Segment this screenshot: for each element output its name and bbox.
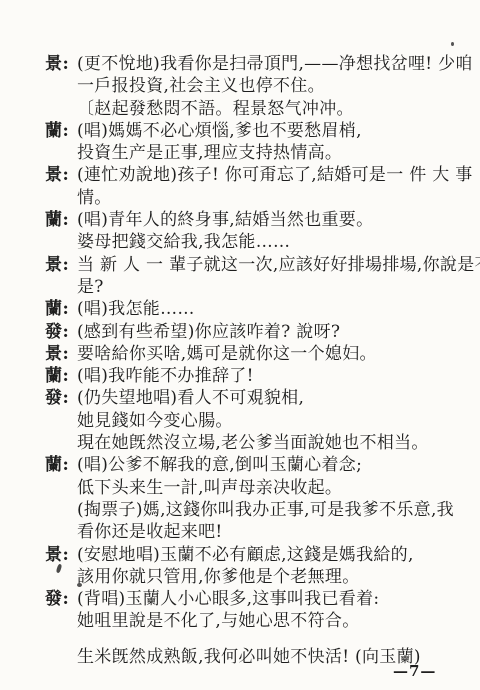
ink-speck: [77, 583, 82, 587]
dialogue-entry: 蘭: (唱)青年人的終身事,結婚当然也重要。婆母把錢交給我,我怎能……: [45, 209, 459, 254]
dialogue-entry: 蘭: (唱)我怎能……: [45, 298, 459, 320]
dialogue-entry: 發: (仍失望地唱)看人不可覌貌相,她見錢如今变心腸。現在她旣然沒立場,老公爹当…: [45, 387, 459, 454]
entry-lines: 要啥給你买啥,媽可是就你这一个媳妇。: [77, 343, 459, 365]
dialogue-line: (安慰地唱)玉蘭不必有顧虑,这錢是媽我給的,: [77, 544, 459, 566]
dialogue-line: 要啥給你买啥,媽可是就你这一个媳妇。: [77, 343, 459, 365]
dialogue-line: (唱)青年人的終身事,結婚当然也重要。: [77, 209, 459, 231]
dialogue-line: (感到有些希望)你应該咋着? 說呀?: [77, 321, 459, 343]
speaker-label: 蘭:: [45, 120, 77, 142]
speaker-label: 發:: [45, 321, 77, 343]
dialogue-entry: 景: 当 新 人 一 輩子就这一次,应該好好排場排場,你說是不是?: [45, 254, 459, 299]
entry-lines: (唱)青年人的終身事,結婚当然也重要。婆母把錢交給我,我怎能……: [77, 209, 459, 254]
dialogue-line: 投資生产是正事,理应支持热情高。: [77, 142, 459, 164]
speaker-label: 景:: [45, 53, 77, 75]
dialogue-entry: 蘭: (唱)公爹不解我的意,倒叫玉蘭心着念;低下头来生一計,叫声母亲决收起。(掏…: [45, 454, 459, 543]
dialogue-line: 低下头来生一計,叫声母亲决收起。: [77, 477, 459, 499]
speaker-label: 蘭:: [45, 298, 77, 320]
entry-lines: (感到有些希望)你应該咋着? 說呀?: [77, 321, 459, 343]
dialogue-entry: 景: (連忙劝說地)孩子! 你可甭忘了,結婚可是一 件 大 事情。: [45, 164, 459, 209]
dialogue-line: (連忙劝說地)孩子! 你可甭忘了,結婚可是一 件 大 事: [77, 164, 459, 186]
script-page: 景: (更不悅地)我看你是扫帚頂門,——净想找岔哩! 少咱一戶报投資,社会主义也…: [0, 0, 480, 690]
ink-speck: [451, 42, 454, 46]
dialogue-line: 看你还是收起来吧!: [77, 521, 459, 543]
speaker-label: 蘭:: [45, 454, 77, 476]
dialogue-entry: 景: (更不悅地)我看你是扫帚頂門,——净想找岔哩! 少咱一戶报投資,社会主义也…: [45, 53, 459, 120]
speaker-label: 景:: [45, 254, 77, 276]
dialogue-entry: 蘭: (唱)媽媽不必心煩惱,爹也不要愁眉梢,投資生产是正事,理应支持热情高。: [45, 120, 459, 165]
entry-lines: (唱)我咋能不办推辞了!: [77, 365, 459, 387]
dialogue-line: 〔赵起發愁悶不語。程景怒气冲冲。: [77, 98, 459, 120]
entry-lines: (唱)公爹不解我的意,倒叫玉蘭心着念;低下头来生一計,叫声母亲决收起。(掏票子)…: [77, 454, 459, 543]
speaker-label: 景:: [45, 544, 77, 566]
dialogue-line: 該用你就只管用,你爹他是个老無理。: [77, 566, 459, 588]
dialogue-entry: 發: (背唱)玉蘭人小心眼多,这事叫我已看着:她咀里說是不化了,与她心思不符合。…: [45, 588, 459, 668]
page-number: —7—: [393, 662, 436, 680]
entry-lines: (背唱)玉蘭人小心眼多,这事叫我已看着:她咀里說是不化了,与她心思不符合。生米旣…: [77, 588, 459, 668]
speaker-label: 景:: [45, 164, 77, 186]
entry-lines: (安慰地唱)玉蘭不必有顧虑,这錢是媽我給的,該用你就只管用,你爹他是个老無理。: [77, 544, 459, 589]
dialogue-line: 是?: [77, 276, 459, 298]
speaker-label: 發:: [45, 588, 77, 610]
speaker-label: 蘭:: [45, 209, 77, 231]
entry-lines: (更不悅地)我看你是扫帚頂門,——净想找岔哩! 少咱一戶报投資,社会主义也停不住…: [77, 53, 459, 120]
dialogue-line: 她咀里說是不化了,与她心思不符合。: [77, 610, 459, 632]
dialogue-line: (仍失望地唱)看人不可覌貌相,: [77, 387, 459, 409]
dialogue-line: 当 新 人 一 輩子就这一次,应該好好排場排場,你說是不: [77, 254, 459, 276]
speaker-label: 景:: [45, 343, 77, 365]
dialogue-line: (掏票子)媽,这錢你叫我办正事,可是我爹不乐意,我: [77, 499, 459, 521]
speaker-label: 蘭:: [45, 365, 77, 387]
speaker-label: 發:: [45, 387, 77, 409]
dialogue-line: (背唱)玉蘭人小心眼多,这事叫我已看着:: [77, 588, 459, 610]
dialogue-line: (更不悅地)我看你是扫帚頂門,——净想找岔哩! 少咱: [77, 53, 459, 75]
dialogue-line: 一戶报投資,社会主义也停不住。: [77, 75, 459, 97]
entry-lines: (連忙劝說地)孩子! 你可甭忘了,結婚可是一 件 大 事情。: [77, 164, 459, 209]
dialogue-line: (唱)媽媽不必心煩惱,爹也不要愁眉梢,: [77, 120, 459, 142]
dialogue-line: 婆母把錢交給我,我怎能……: [77, 231, 459, 253]
dialogue-list: 景: (更不悅地)我看你是扫帚頂門,——净想找岔哩! 少咱一戶报投資,社会主义也…: [45, 53, 459, 668]
entry-lines: (唱)媽媽不必心煩惱,爹也不要愁眉梢,投資生产是正事,理应支持热情高。: [77, 120, 459, 165]
entry-lines: (仍失望地唱)看人不可覌貌相,她見錢如今变心腸。現在她旣然沒立場,老公爹当面說她…: [77, 387, 459, 454]
entry-lines: 当 新 人 一 輩子就这一次,应該好好排場排場,你說是不是?: [77, 254, 459, 299]
dialogue-entry: 蘭: (唱)我咋能不办推辞了!: [45, 365, 459, 387]
dialogue-line: (唱)公爹不解我的意,倒叫玉蘭心着念;: [77, 454, 459, 476]
dialogue-line: 現在她旣然沒立場,老公爹当面說她也不相当。: [77, 432, 459, 454]
dialogue-entry: 景: (安慰地唱)玉蘭不必有顧虑,这錢是媽我給的,該用你就只管用,你爹他是个老無…: [45, 544, 459, 589]
dialogue-line: (唱)我怎能……: [77, 298, 459, 320]
dialogue-line: 情。: [77, 187, 459, 209]
dialogue-line: 她見錢如今变心腸。: [77, 410, 459, 432]
dialogue-entry: 發: (感到有些希望)你应該咋着? 說呀?: [45, 321, 459, 343]
dialogue-line: (唱)我咋能不办推辞了!: [77, 365, 459, 387]
entry-lines: (唱)我怎能……: [77, 298, 459, 320]
dialogue-entry: 景: 要啥給你买啥,媽可是就你这一个媳妇。: [45, 343, 459, 365]
